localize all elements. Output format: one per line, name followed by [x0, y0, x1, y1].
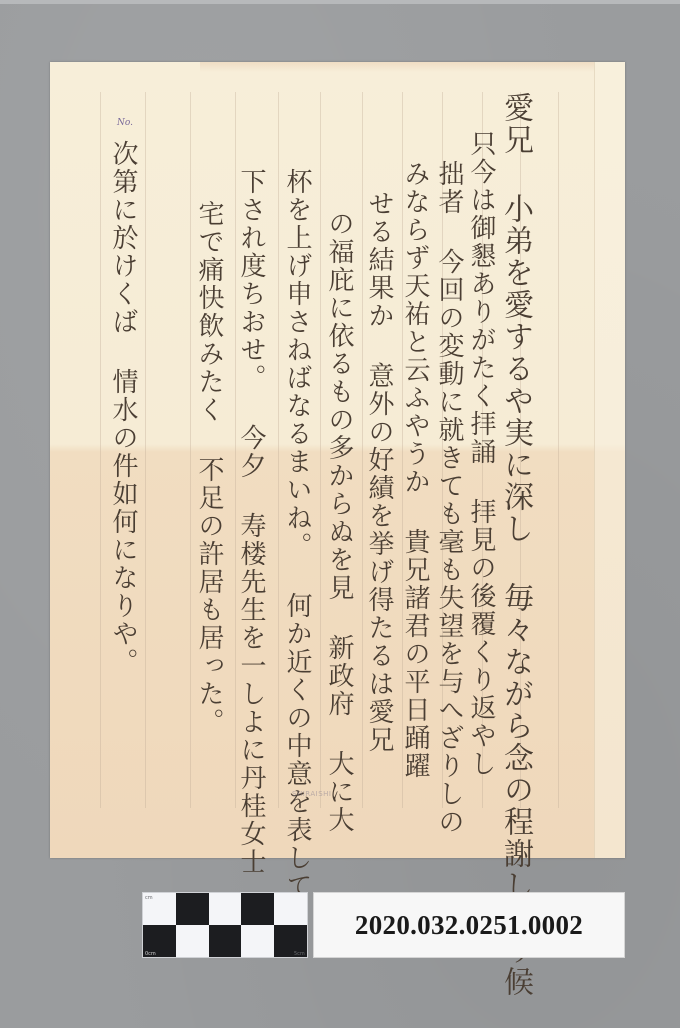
page-number-mark: No.	[117, 118, 133, 128]
scale-square-black	[241, 893, 274, 925]
letter-column-4: みならず天祐と云ふやうか 貴兄諸君の平日踊躍	[402, 160, 428, 780]
scale-label-end: 5cm	[294, 951, 305, 957]
scale-square-black	[176, 893, 209, 925]
scale-square-white	[274, 893, 307, 925]
ruled-line	[100, 92, 101, 808]
ruled-line	[558, 92, 559, 808]
letter-column-9: 宅で痛快飲みたく 不足の許居も居った。	[196, 200, 222, 736]
paper-edge-strip	[594, 62, 625, 858]
letter-column-1: 愛兄 小弟を愛するや実に深し 毎々ながら念の程謝し奉り候	[500, 92, 530, 998]
scale-bar	[142, 892, 308, 958]
scale-square-white	[176, 925, 209, 957]
scale-square-white	[209, 893, 242, 925]
ruled-line	[278, 92, 279, 808]
ruled-line	[190, 92, 191, 808]
accession-label: 2020.032.0251.0002	[313, 892, 625, 958]
letter-column-8: 下され度ちおせ。 今夕 寿楼先生を一しよに丹桂女士	[238, 168, 264, 876]
ruled-line	[320, 92, 321, 808]
letter-column-5: せる結果か 意外の好績を挙げ得たるは愛兄	[366, 190, 392, 754]
letter-column-6: の福庇に依るもの多からぬを見 新政府 大に大	[326, 210, 352, 834]
letter-column-10: 次第に於けくば 情水の件如何になりや。	[110, 140, 136, 676]
paper-stain	[200, 62, 595, 72]
scale-label-top: cm	[145, 895, 153, 901]
letter-column-3: 拙者 今回の変動に就きても毫も失望を与へざりしの	[436, 160, 462, 836]
watermark: SHIRAISHI	[292, 790, 331, 798]
frame-top-edge	[0, 0, 680, 4]
ruled-line	[362, 92, 363, 808]
scale-label-start: 0cm	[145, 951, 156, 957]
accession-number: 2020.032.0251.0002	[355, 910, 583, 941]
scale-square-black	[209, 925, 242, 957]
ruled-line	[145, 92, 146, 808]
scale-square-white	[241, 925, 274, 957]
letter-column-2: 只今は御懇ありがたく拝誦 拝見の後覆くり返やし	[468, 130, 494, 778]
